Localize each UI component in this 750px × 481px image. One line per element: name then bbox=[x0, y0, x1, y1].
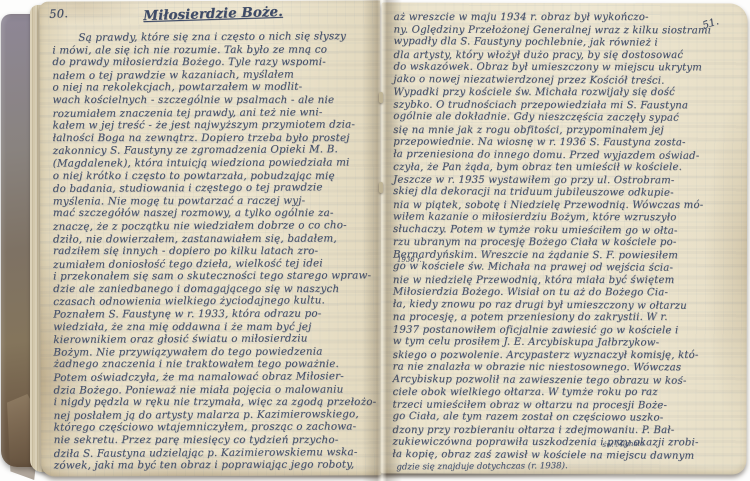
handwriting-line: żadnego znaczenia i nie traktowałem tego… bbox=[53, 358, 373, 371]
handwriting-line: skiego o pozwolenie. Arcypasterz wyznacz… bbox=[393, 350, 737, 363]
handwriting-line: na procesję, a potem przeniesiony do zak… bbox=[393, 312, 737, 325]
handwriting-line: nie sekretu. Przez parę miesięcy co tydz… bbox=[54, 434, 374, 447]
handwriting-line: nia w piątek, sobotę i Niedzielę Przewod… bbox=[393, 200, 737, 213]
left-page: 50. Miłosierdzie Boże. Są prawdy, które … bbox=[39, 0, 382, 476]
handwriting-line: i mówi, ale się ich nie rozumie. Tak był… bbox=[52, 43, 372, 57]
handwriting-line: do badania, studiowania i częstego o tej… bbox=[53, 181, 373, 196]
handwriting-line: dziło, nie dowierzałem, zastanawiałem si… bbox=[53, 232, 373, 246]
handwriting-line: zówek, jaki ma być ten obraz i poprawiaj… bbox=[54, 459, 374, 473]
binding-stitch bbox=[379, 182, 383, 193]
handwriting-line: się na mnie jak z rogu obfitości, przypo… bbox=[393, 125, 737, 138]
handwriting-line: kałem w jej treść - że jest najwyższym p… bbox=[53, 119, 373, 133]
handwriting-line: którego częściowo wtajemniczyłem, proszą… bbox=[54, 421, 374, 435]
handwriting-line: Poznałem S. Faustynę w r. 1933, która od… bbox=[53, 307, 373, 321]
handwriting-line: Miłosierdzia Bożego. Wisiał on tu aż do … bbox=[393, 287, 737, 300]
handwriting-line: przepowiednie. Na wiosnę w r. 1936 S. Fa… bbox=[393, 137, 737, 150]
handwriting-line: ła, kiedy znowu po raz drugi był umieszc… bbox=[393, 298, 737, 313]
handwriting-line: ła przeniesiona do innego domu. Przed wy… bbox=[393, 148, 737, 163]
right-page: 51. aż wreszcie w maju 1934 r. obraz był… bbox=[380, 3, 747, 475]
handwriting-line: rzu ubranym na procesję Bożego Ciała w k… bbox=[393, 237, 737, 249]
handwriting-line: myślenia. Nie mogę tu powtarzać a raczej… bbox=[53, 194, 373, 208]
handwriting-line: dziła S. Faustyna udzielając p. Kazimier… bbox=[54, 446, 374, 461]
handwriting-line: ogólnie ale dokładnie. Gdy nieszczęścia … bbox=[393, 111, 737, 126]
handwriting-line: wiłem kazanie o miłosierdziu Bożym, któr… bbox=[393, 212, 737, 225]
binding-stitch bbox=[379, 92, 383, 103]
handwriting-line: jako o nowej niezatwierdzonej przez Kośc… bbox=[393, 73, 737, 88]
handwriting-line: do wskazówek. Obraz był umieszczony w mi… bbox=[393, 62, 737, 75]
handwriting-line: i nigdy pędzla w ręku nie trzymała, więc… bbox=[54, 396, 374, 409]
handwriting-line: ra nie znalazła w obrazie nic niestosown… bbox=[393, 362, 737, 375]
interlinear-note-sw-michala: św. Michała bbox=[602, 439, 644, 448]
handwriting-line: dla artysty, który włożył dużo pracy, by… bbox=[393, 50, 737, 62]
handwriting-line: Wypadki przy kościele św. Michała rozwij… bbox=[393, 87, 737, 99]
handwriting-line: dzia Bożego. Ponieważ nie miała pojęcia … bbox=[54, 383, 374, 397]
diary-title: Miłosierdzie Boże. bbox=[143, 4, 283, 24]
handwriting-line: w tym celu prosiłem J. E. Arcybiskupa Ja… bbox=[393, 336, 737, 351]
handwriting-line: nałem o tej prawdzie w kazaniach, myślał… bbox=[52, 68, 372, 83]
handwriting-line: radziłem się innych - dopiero po kilku l… bbox=[53, 245, 373, 258]
handwriting-line: go Ciała, ale tym razem został on części… bbox=[392, 411, 736, 426]
handwriting-line: czyła, że Pan żąda, bym obraz ten umieśc… bbox=[393, 162, 737, 175]
handwriting-left: Są prawdy, które się zna i często o nich… bbox=[52, 30, 374, 472]
handwriting-line: do prawdy miłosierdzia Bożego. Tyle razy… bbox=[52, 56, 372, 69]
handwriting-line: wypadły dla S. Faustyny pochlebnie, jak … bbox=[393, 36, 737, 51]
handwriting-line: czasach odnowienia wielkiego życiodajneg… bbox=[53, 294, 373, 309]
handwriting-line: Arcybiskup pozwolił na zawieszenie tego … bbox=[393, 373, 737, 388]
handwriting-line: zukiewiczówna poprawiła uszkodzenia i pr… bbox=[392, 437, 736, 450]
handwriting-line: zakonnicy S. Faustyny ze zgromadzenia Op… bbox=[53, 143, 373, 158]
handwriting-line: kierownikiem oraz głosić światu o miłosi… bbox=[53, 332, 373, 347]
handwriting-line: go w kościele św. Michała na prawej od w… bbox=[393, 261, 737, 276]
handwriting-line: dzony przy rozbieraniu ołtarza i zdejmow… bbox=[392, 425, 736, 438]
handwriting-line: zumiałem doniosłość tego dzieła, wielkoś… bbox=[53, 257, 373, 272]
handwriting-line: rozumiałem znaczenia tej prawdy, ani też… bbox=[53, 106, 373, 121]
handwriting-line: (Magdalenek), która intuicją wiedziona p… bbox=[53, 156, 373, 170]
handwriting-line: skiej dla dekoracji na triduum jubileusz… bbox=[393, 186, 737, 201]
handwriting-line: mać szczegółów naszej rozmowy, a tylko o… bbox=[53, 207, 373, 220]
handwriting-line: Są prawdy, które się zna i często o nich… bbox=[52, 30, 372, 45]
handwriting-line: ciele obok wielkiego ołtarza. W tymże ro… bbox=[393, 387, 737, 400]
handwriting-line: nie w niedzielę Przewodnią, która miała … bbox=[393, 275, 737, 288]
handwriting-line: o niej na rekolekcjach, powtarzałem w mo… bbox=[52, 81, 372, 95]
handwriting-line: Potem oświadczyła, że ma namalować obraz… bbox=[53, 370, 373, 385]
handwriting-line: nej posłałem ją do artysty malarza p. Ka… bbox=[54, 408, 374, 423]
scan-background: 50. Miłosierdzie Boże. Są prawdy, które … bbox=[0, 0, 750, 481]
handwriting-right: aż wreszcie w maju 1934 r. obraz był wyk… bbox=[392, 12, 737, 463]
handwriting-line: Bożym. Nie przywiązywałem do tego powied… bbox=[53, 345, 373, 359]
interlinear-note-1936: 1936 r. bbox=[397, 256, 422, 264]
handwriting-line: i przekonałem się sam o skuteczności teg… bbox=[53, 270, 373, 284]
page-number-left: 50. bbox=[49, 6, 68, 21]
handwriting-line: wach kościelnych - szczególnie w psalmac… bbox=[53, 94, 373, 107]
handwriting-line: o niej krótko i często to powtarzała, po… bbox=[53, 170, 373, 183]
handwriting-line: słuchaczy. Potem w tymże roku umieściłem… bbox=[393, 223, 737, 238]
handwriting-line: znaczę, że z początku nie wiedziałem dob… bbox=[53, 219, 373, 234]
handwriting-line: aż wreszcie w maju 1934 r. obraz był wyk… bbox=[394, 12, 738, 25]
final-cramped-line: gdzie się znajduje dotychczas (r. 1938). bbox=[396, 461, 567, 472]
